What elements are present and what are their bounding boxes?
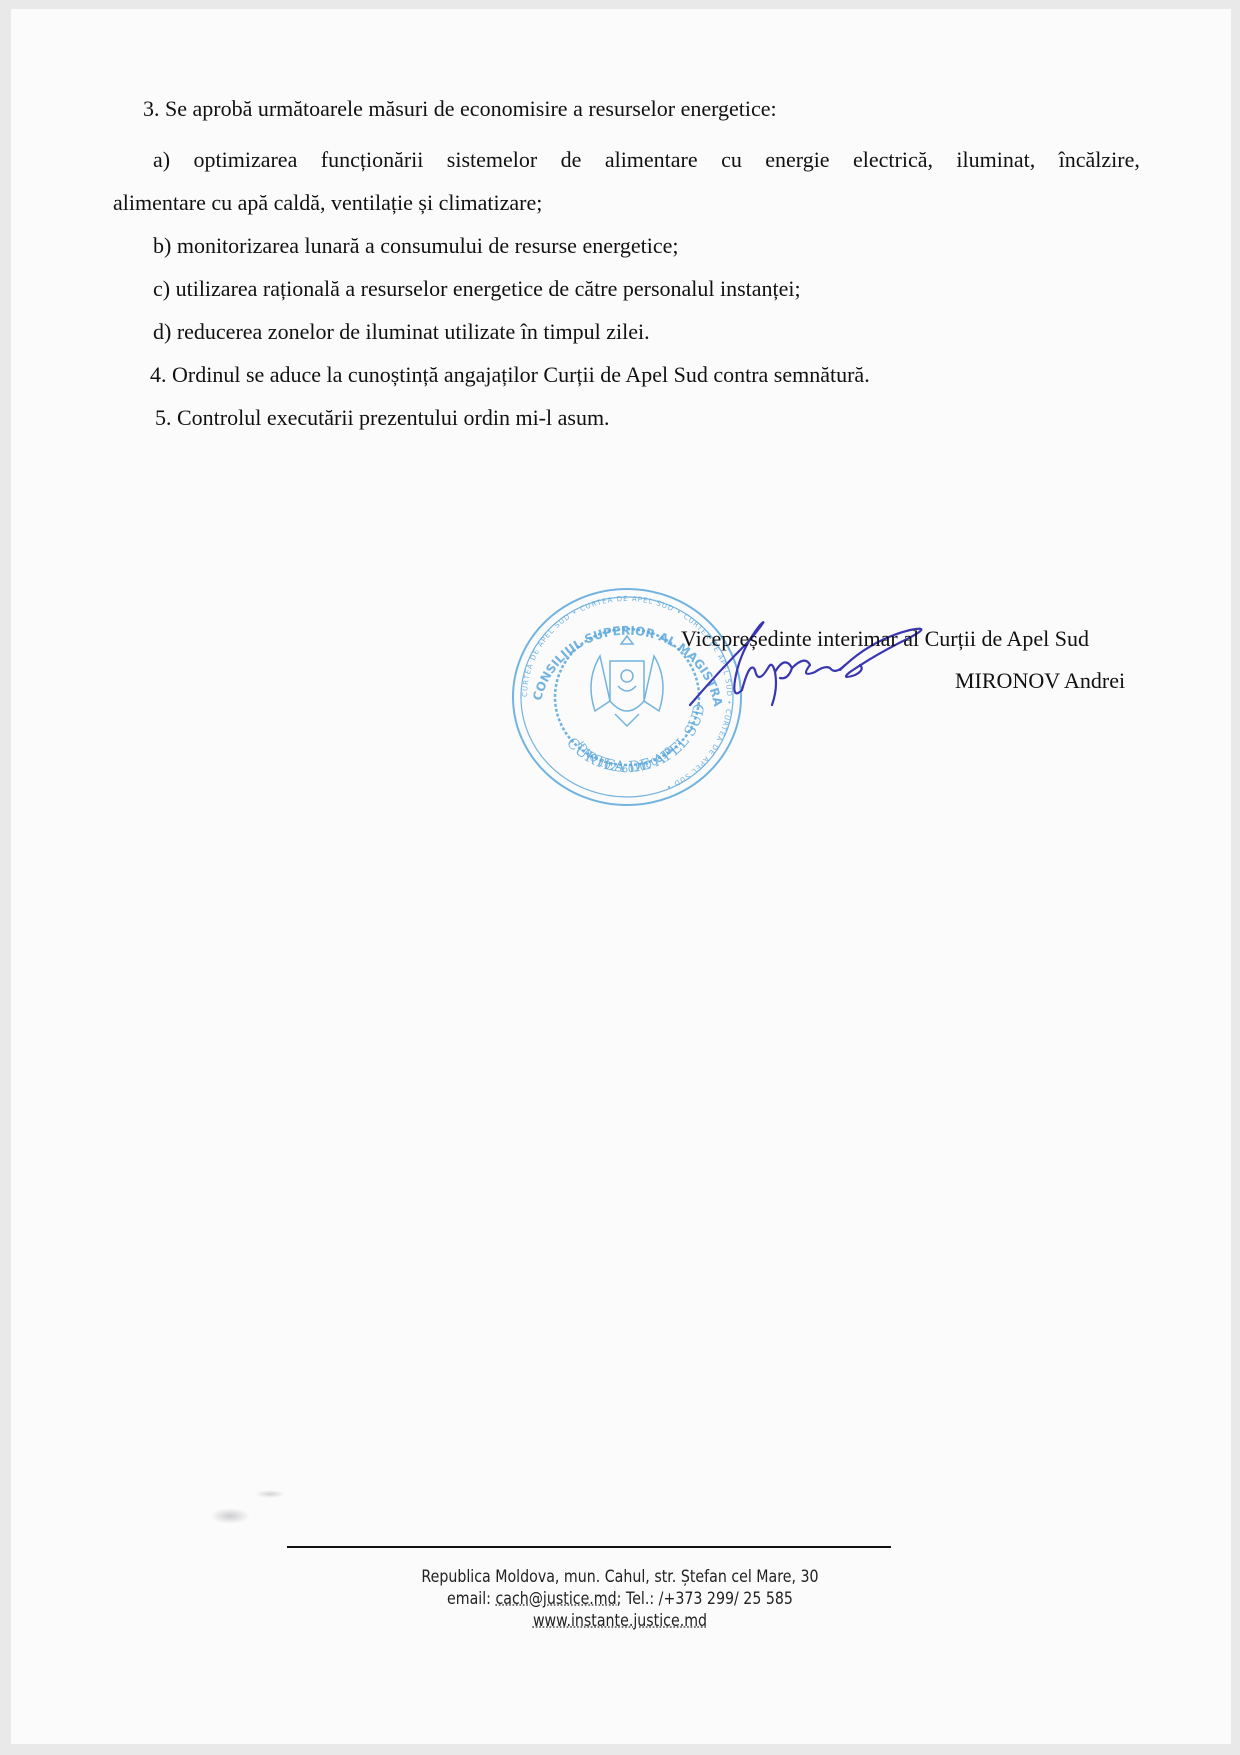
signatory-title: Vicepreședinte interimar al Curții de Ap… bbox=[681, 626, 1089, 652]
word: a) bbox=[153, 147, 170, 173]
item-3a-line1: a)optimizareafuncționăriisistemelordeali… bbox=[153, 147, 1140, 173]
item-3b: b) monitorizarea lunară a consumului de … bbox=[153, 233, 679, 259]
footer-email-link[interactable]: cach@justice.md bbox=[495, 1589, 616, 1608]
footer-phone: ; Tel.: /+373 299/ 25 585 bbox=[617, 1589, 793, 1608]
word: energie bbox=[765, 147, 829, 173]
stamp-idno: IDNO 1025601000010 bbox=[574, 740, 675, 775]
item-3d: d) reducerea zonelor de iluminat utiliza… bbox=[153, 319, 650, 345]
word: încălzire, bbox=[1059, 147, 1140, 173]
footer-address: Republica Moldova, mun. Cahul, str. Ștef… bbox=[87, 1566, 1153, 1588]
word: de bbox=[561, 147, 582, 173]
item-5: 5. Controlul executării prezentului ordi… bbox=[155, 405, 610, 431]
footer: Republica Moldova, mun. Cahul, str. Ștef… bbox=[87, 1566, 1153, 1632]
word: optimizarea bbox=[194, 147, 298, 173]
footer-divider bbox=[287, 1546, 891, 1548]
word: alimentare bbox=[605, 147, 698, 173]
scan-smudge bbox=[210, 1508, 250, 1524]
scan-smudge bbox=[255, 1490, 285, 1498]
svg-text:IDNO 1025601000010: IDNO 1025601000010 bbox=[574, 740, 675, 775]
coat-of-arms-icon bbox=[591, 636, 663, 726]
item-3a-line2: alimentare cu apă caldă, ventilație și c… bbox=[113, 190, 542, 216]
document-body: 3. Se aprobă următoarele măsuri de econo… bbox=[0, 0, 1240, 460]
item-3: 3. Se aprobă următoarele măsuri de econo… bbox=[143, 96, 777, 122]
signatory-name: MIRONOV Andrei bbox=[955, 668, 1125, 694]
footer-website-link[interactable]: www.instante.justice.md bbox=[533, 1611, 707, 1630]
footer-contact: email: cach@justice.md; Tel.: /+373 299/… bbox=[87, 1588, 1153, 1610]
word: sistemelor bbox=[447, 147, 537, 173]
item-3c: c) utilizarea rațională a resurselor ene… bbox=[153, 276, 801, 302]
footer-email-label: email: bbox=[447, 1589, 495, 1608]
word: iluminat, bbox=[956, 147, 1035, 173]
word: electrică, bbox=[853, 147, 933, 173]
item-4: 4. Ordinul se aduce la cunoștință angaja… bbox=[150, 362, 870, 388]
word: cu bbox=[721, 147, 742, 173]
word: funcționării bbox=[321, 147, 424, 173]
